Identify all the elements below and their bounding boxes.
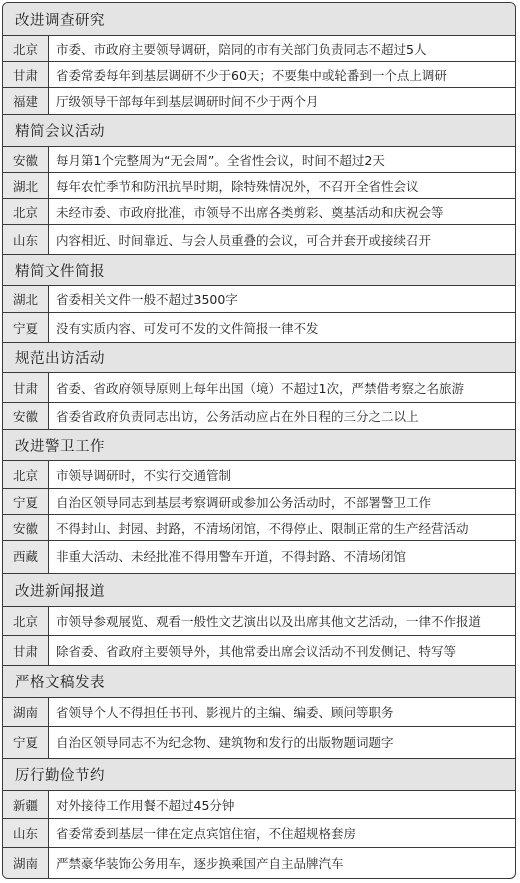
section-header-documents: 精简文件简报 <box>3 255 515 286</box>
policy-text: 每年农忙季节和防汛抗旱时期，除特殊情况外，不召开全省性会议 <box>49 173 515 198</box>
policy-text: 非重大活动、未经批准不得用警车开道，不得封路、不清场闭馆 <box>49 541 515 573</box>
table-row: 北京 市委、市政府主要领导调研，陪同的市有关部门负责同志不超过5人 <box>3 36 515 62</box>
province-label: 宁夏 <box>3 727 49 758</box>
policy-text: 市领导调研时，不实行交通管制 <box>49 461 515 488</box>
section-title: 改进新闻报道 <box>15 580 105 601</box>
policy-text: 市委、市政府主要领导调研，陪同的市有关部门负责同志不超过5人 <box>49 36 515 61</box>
section-title: 厉行勤俭节约 <box>15 764 105 785</box>
table-row: 湖南 严禁豪华装饰公务用车，逐步换乘国产自主品牌汽车 <box>3 848 515 879</box>
province-label: 宁夏 <box>3 489 49 514</box>
policy-text: 自治区领导同志到基层考察调研或参加公务活动时，不部署警卫工作 <box>49 489 515 514</box>
section-title: 改进调查研究 <box>15 9 105 30</box>
table-row: 湖南 省领导个人不得担任书刊、影视片的主编、编委、顾问等职务 <box>3 698 515 727</box>
table-row: 北京 未经市委、市政府批准，市领导不出席各类剪彩、奠基活动和庆祝会等 <box>3 199 515 225</box>
province-label: 湖北 <box>3 173 49 198</box>
section-header-survey-research: 改进调查研究 <box>3 3 515 36</box>
table-row: 西藏 非重大活动、未经批准不得用警车开道，不得封路、不清场闭馆 <box>3 541 515 574</box>
province-label: 北京 <box>3 36 49 61</box>
section-title: 规范出访活动 <box>15 347 105 368</box>
province-label: 湖南 <box>3 848 49 879</box>
section-header-publications: 严格文稿发表 <box>3 666 515 698</box>
province-label: 北京 <box>3 199 49 224</box>
policy-text: 除省委、省政府主要领导外，其他常委出席会议活动不刊发侧记、特写等 <box>49 636 515 665</box>
table-row: 宁夏 自治区领导同志到基层考察调研或参加公务活动时，不部署警卫工作 <box>3 489 515 515</box>
policy-text: 内容相近、时间靠近、与会人员重叠的会议，可合并套开或接续召开 <box>49 225 515 254</box>
province-label: 湖北 <box>3 286 49 312</box>
section-header-news-reporting: 改进新闻报道 <box>3 574 515 607</box>
table-row: 安徽 每月第1个完整周为“无会周”。全省性会议，时间不超过2天 <box>3 147 515 173</box>
table-row: 北京 市领导参观展览、观看一般性文艺演出以及出席其他文艺活动，一律不作报道 <box>3 607 515 636</box>
section-title: 精简文件简报 <box>15 260 105 281</box>
table-row: 宁夏 自治区领导同志不为纪念物、建筑物和发行的出版物题词题字 <box>3 727 515 759</box>
policy-text: 严禁豪华装饰公务用车，逐步换乘国产自主品牌汽车 <box>49 848 515 879</box>
section-header-meetings: 精简会议活动 <box>3 115 515 147</box>
policy-text: 省委、省政府领导原则上每年出国（境）不超过1次，严禁借考察之名旅游 <box>49 373 515 402</box>
table-row: 新疆 对外接待工作用餐不超过45分钟 <box>3 791 515 819</box>
province-label: 宁夏 <box>3 313 49 342</box>
policy-text: 省委常委到基层一律在定点宾馆住宿，不住超规格套房 <box>49 819 515 847</box>
policy-text: 厅级领导干部每年到基层调研时间不少于两个月 <box>49 88 515 114</box>
table-row: 湖北 省委相关文件一般不超过3500字 <box>3 286 515 313</box>
table-row: 甘肃 除省委、省政府主要领导外，其他常委出席会议活动不刊发侧记、特写等 <box>3 636 515 666</box>
province-label: 甘肃 <box>3 636 49 665</box>
province-label: 安徽 <box>3 147 49 172</box>
table-row: 安徽 不得封山、封园、封路，不清场闭馆，不得停止、限制正常的生产经营活动 <box>3 515 515 541</box>
policy-text: 自治区领导同志不为纪念物、建筑物和发行的出版物题词题字 <box>49 727 515 758</box>
table-row: 宁夏 没有实质内容、可发可不发的文件简报一律不发 <box>3 313 515 343</box>
section-header-frugality: 厉行勤俭节约 <box>3 759 515 791</box>
policy-text: 省委相关文件一般不超过3500字 <box>49 286 515 312</box>
policy-text: 省领导个人不得担任书刊、影视片的主编、编委、顾问等职务 <box>49 698 515 726</box>
province-label: 北京 <box>3 607 49 635</box>
province-label: 西藏 <box>3 541 49 573</box>
province-label: 安徽 <box>3 515 49 540</box>
policy-text: 未经市委、市政府批准，市领导不出席各类剪彩、奠基活动和庆祝会等 <box>49 199 515 224</box>
policy-text: 省委常委每年到基层调研不少于60天；不要集中或轮番到一个点上调研 <box>49 62 515 87</box>
section-title: 精简会议活动 <box>15 120 105 141</box>
province-label: 新疆 <box>3 791 49 818</box>
table-row: 安徽 省委省政府负责同志出访，公务活动应占在外日程的三分之二以上 <box>3 403 515 430</box>
policy-text: 不得封山、封园、封路，不清场闭馆，不得停止、限制正常的生产经营活动 <box>49 515 515 540</box>
section-header-overseas-visits: 规范出访活动 <box>3 343 515 373</box>
province-label: 山东 <box>3 225 49 254</box>
table-row: 福建 厅级领导干部每年到基层调研时间不少于两个月 <box>3 88 515 115</box>
section-title: 改进警卫工作 <box>15 435 105 456</box>
table-row: 甘肃 省委常委每年到基层调研不少于60天；不要集中或轮番到一个点上调研 <box>3 62 515 88</box>
table-row: 山东 内容相近、时间靠近、与会人员重叠的会议，可合并套开或接续召开 <box>3 225 515 255</box>
policy-text: 市领导参观展览、观看一般性文艺演出以及出席其他文艺活动，一律不作报道 <box>49 607 515 635</box>
province-label: 安徽 <box>3 403 49 429</box>
province-label: 甘肃 <box>3 62 49 87</box>
table-row: 湖北 每年农忙季节和防汛抗旱时期，除特殊情况外，不召开全省性会议 <box>3 173 515 199</box>
province-label: 山东 <box>3 819 49 847</box>
province-label: 湖南 <box>3 698 49 726</box>
section-title: 严格文稿发表 <box>15 671 105 692</box>
table-row: 山东 省委常委到基层一律在定点宾馆住宿，不住超规格套房 <box>3 819 515 848</box>
section-header-security: 改进警卫工作 <box>3 430 515 461</box>
province-label: 甘肃 <box>3 373 49 402</box>
province-label: 北京 <box>3 461 49 488</box>
policy-text: 每月第1个完整周为“无会周”。全省性会议，时间不超过2天 <box>49 147 515 172</box>
province-label: 福建 <box>3 88 49 114</box>
policy-text: 没有实质内容、可发可不发的文件简报一律不发 <box>49 313 515 342</box>
policy-text: 省委省政府负责同志出访，公务活动应占在外日程的三分之二以上 <box>49 403 515 429</box>
policy-table: 改进调查研究 北京 市委、市政府主要领导调研，陪同的市有关部门负责同志不超过5人… <box>2 2 516 879</box>
table-row: 北京 市领导调研时，不实行交通管制 <box>3 461 515 489</box>
policy-text: 对外接待工作用餐不超过45分钟 <box>49 791 515 818</box>
table-row: 甘肃 省委、省政府领导原则上每年出国（境）不超过1次，严禁借考察之名旅游 <box>3 373 515 403</box>
